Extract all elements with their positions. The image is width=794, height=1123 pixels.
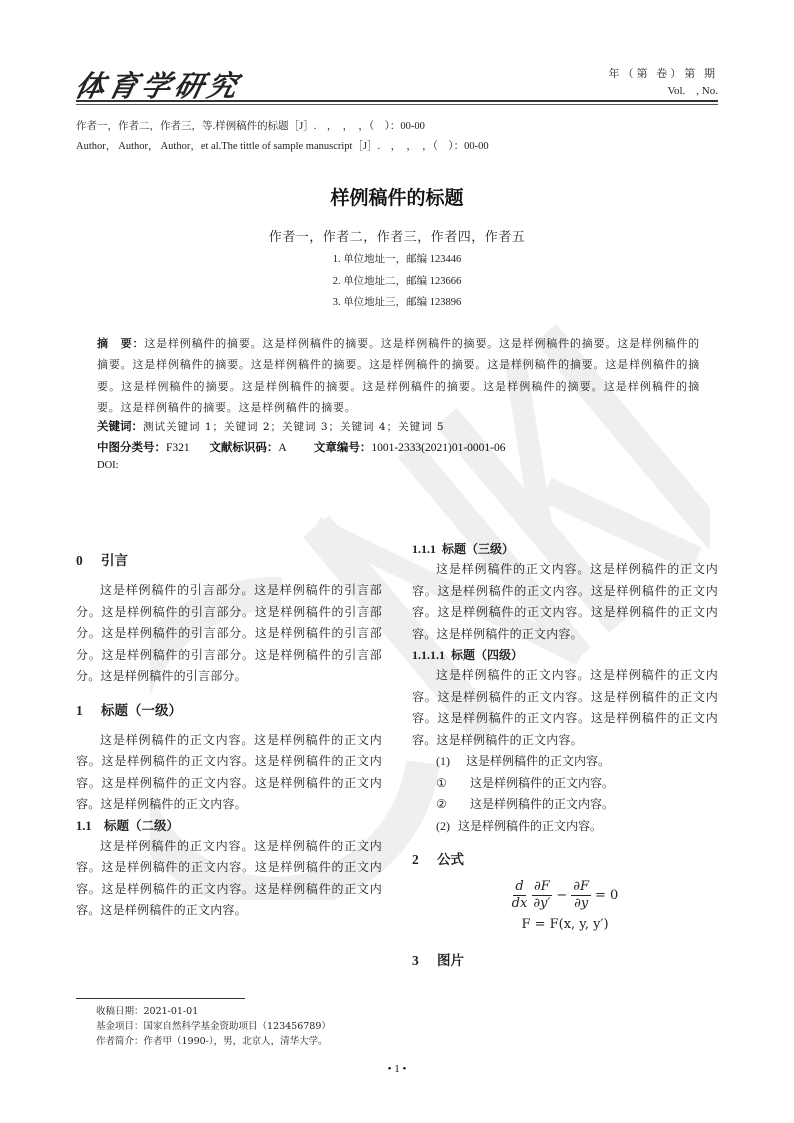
- footnote-received-date: 收稿日期：2021-01-01: [96, 1004, 198, 1019]
- body-column-right: 1.1.1标题（三级） 这是样例稿件的正文内容。这是样例稿件的正文内容。这是样例…: [412, 539, 718, 974]
- section-number: 1.1.1: [412, 542, 436, 556]
- denominator: ∂y: [572, 896, 590, 912]
- doc-code-label: 文献标识码：: [209, 440, 278, 454]
- list-text: 这是样例稿件的正文内容。: [470, 776, 614, 790]
- keywords-line: 关键词：测试关键词 1；关键词 2；关键词 3；关键词 4；关键词 5: [97, 418, 445, 434]
- header-rule-thick: [76, 100, 718, 102]
- header-rule-thin: [76, 104, 718, 105]
- section-number: 1.1.1.1: [412, 648, 445, 662]
- section-title: 图片: [437, 953, 464, 969]
- section-number: 1.1: [76, 816, 104, 836]
- section-title: 引言: [101, 553, 128, 569]
- section-number: 0: [76, 548, 101, 574]
- list-item: (1)这是样例稿件的正文内容。: [412, 751, 718, 773]
- article-no-value: 1001-2333(2021)01-0001-06: [371, 442, 505, 454]
- affiliation-3: 3. 单位地址三，邮编 123896: [0, 294, 794, 309]
- numerator: ∂F: [571, 879, 591, 896]
- affiliation-2: 2. 单位地址二，邮编 123666: [0, 273, 794, 288]
- abstract: 摘 要：这是样例稿件的摘要。这是样例稿件的摘要。这是样例稿件的摘要。这是样例稿件…: [97, 333, 700, 418]
- fraction: ∂F∂y: [571, 879, 591, 912]
- list-text: 这是样例稿件的正文内容。: [458, 819, 602, 833]
- list-text: 这是样例稿件的正文内容。: [470, 797, 614, 811]
- paragraph-sec1-1: 这是样例稿件的正文内容。这是样例稿件的正文内容。这是样例稿件的正文内容。这是样例…: [76, 836, 382, 922]
- clc-value: F321: [166, 442, 190, 454]
- list-item: ①这是样例稿件的正文内容。: [412, 773, 718, 795]
- denominator: ∂y′: [531, 896, 552, 912]
- journal-logo: 体育学研究: [72, 64, 246, 105]
- paragraph-sec1: 这是样例稿件的正文内容。这是样例稿件的正文内容。这是样例稿件的正文内容。这是样例…: [76, 730, 382, 816]
- section-heading-3: 3图片: [412, 948, 718, 974]
- page-number: • 1 •: [0, 1063, 794, 1075]
- paragraph-intro: 这是样例稿件的引言部分。这是样例稿件的引言部分。这是样例稿件的引言部分。这是样例…: [76, 580, 382, 688]
- section-number: 1: [76, 698, 101, 724]
- list-item: ②这是样例稿件的正文内容。: [412, 794, 718, 816]
- footnote-author-bio: 作者简介：作者甲（1990-），男，北京人，清华大学。: [96, 1034, 328, 1049]
- equation-functional: F = F(x, y, y′): [412, 914, 718, 936]
- citation-cn: 作者一，作者二，作者三，等.样例稿件的标题［J］. ， ， ，（ ）：00-00: [76, 118, 425, 133]
- doc-code-value: A: [278, 442, 286, 454]
- section-title: 标题（二级）: [104, 818, 179, 833]
- numerator: ∂F: [532, 879, 552, 896]
- fraction: ddx: [510, 879, 530, 912]
- section-title: 标题（四级）: [451, 648, 523, 662]
- keywords-text: 测试关键词 1；关键词 2；关键词 3；关键词 4；关键词 5: [143, 421, 445, 433]
- equation-euler-lagrange: ddx∂F∂y′−∂F∂y= 0: [412, 879, 718, 912]
- paragraph-sec1-1-1: 这是样例稿件的正文内容。这是样例稿件的正文内容。这是样例稿件的正文内容。这是样例…: [412, 559, 718, 645]
- numerator: d: [513, 879, 525, 896]
- section-number: 3: [412, 948, 437, 974]
- section-heading-0: 0引言: [76, 548, 382, 574]
- section-heading-1: 1标题（一级）: [76, 698, 382, 724]
- classification-line: 中图分类号：F321 文献标识码：A 文章编号：1001-2333(2021)0…: [97, 439, 505, 455]
- denominator: dx: [510, 896, 530, 912]
- section-title: 公式: [437, 852, 464, 868]
- footnote-rule: [76, 998, 245, 999]
- clc-label: 中图分类号：: [97, 440, 166, 454]
- paragraph-sec1-1-1-1: 这是样例稿件的正文内容。这是样例稿件的正文内容。这是样例稿件的正文内容。这是样例…: [412, 665, 718, 751]
- section-number: 2: [412, 847, 437, 873]
- article-title: 样例稿件的标题: [0, 183, 794, 210]
- section-heading-2: 2公式: [412, 847, 718, 873]
- equation-rhs: = 0: [595, 888, 618, 903]
- issue-info-en: Vol. , No.: [609, 83, 719, 100]
- list-item: (2)这是样例稿件的正文内容。: [412, 816, 718, 838]
- citation-en: Author， Author， Author，et al.The tittle …: [76, 138, 489, 153]
- abstract-label: 摘 要：: [97, 337, 144, 350]
- issue-info-cn: 年（第 卷）第 期: [609, 66, 719, 83]
- list-text: 这是样例稿件的正文内容。: [466, 754, 610, 768]
- minus-operator: −: [556, 888, 567, 903]
- section-title: 标题（三级）: [442, 542, 514, 556]
- list-marker: ②: [436, 794, 470, 816]
- article-authors: 作者一，作者二，作者三，作者四，作者五: [0, 226, 794, 245]
- abstract-text: 这是样例稿件的摘要。这是样例稿件的摘要。这是样例稿件的摘要。这是样例稿件的摘要。…: [97, 337, 700, 414]
- doi-line: DOI:: [97, 460, 119, 471]
- affiliation-1: 1. 单位地址一，邮编 123446: [0, 251, 794, 266]
- footnote-funding: 基金项目：国家自然科学基金资助项目（123456789）: [96, 1019, 331, 1034]
- list-marker: ①: [436, 773, 470, 795]
- issue-info: 年（第 卷）第 期 Vol. , No.: [609, 66, 719, 100]
- article-no-label: 文章编号：: [314, 440, 372, 454]
- section-heading-1-1-1: 1.1.1标题（三级）: [412, 539, 718, 559]
- section-heading-1-1-1-1: 1.1.1.1标题（四级）: [412, 645, 718, 665]
- section-heading-1-1: 1.1标题（二级）: [76, 816, 382, 836]
- list-marker: (2): [436, 816, 458, 838]
- list-marker: (1): [436, 751, 466, 773]
- body-column-left: 0引言 这是样例稿件的引言部分。这是样例稿件的引言部分。这是样例稿件的引言部分。…: [76, 548, 382, 922]
- section-title: 标题（一级）: [101, 703, 182, 719]
- fraction: ∂F∂y′: [531, 879, 552, 912]
- keywords-label: 关键词：: [97, 419, 143, 433]
